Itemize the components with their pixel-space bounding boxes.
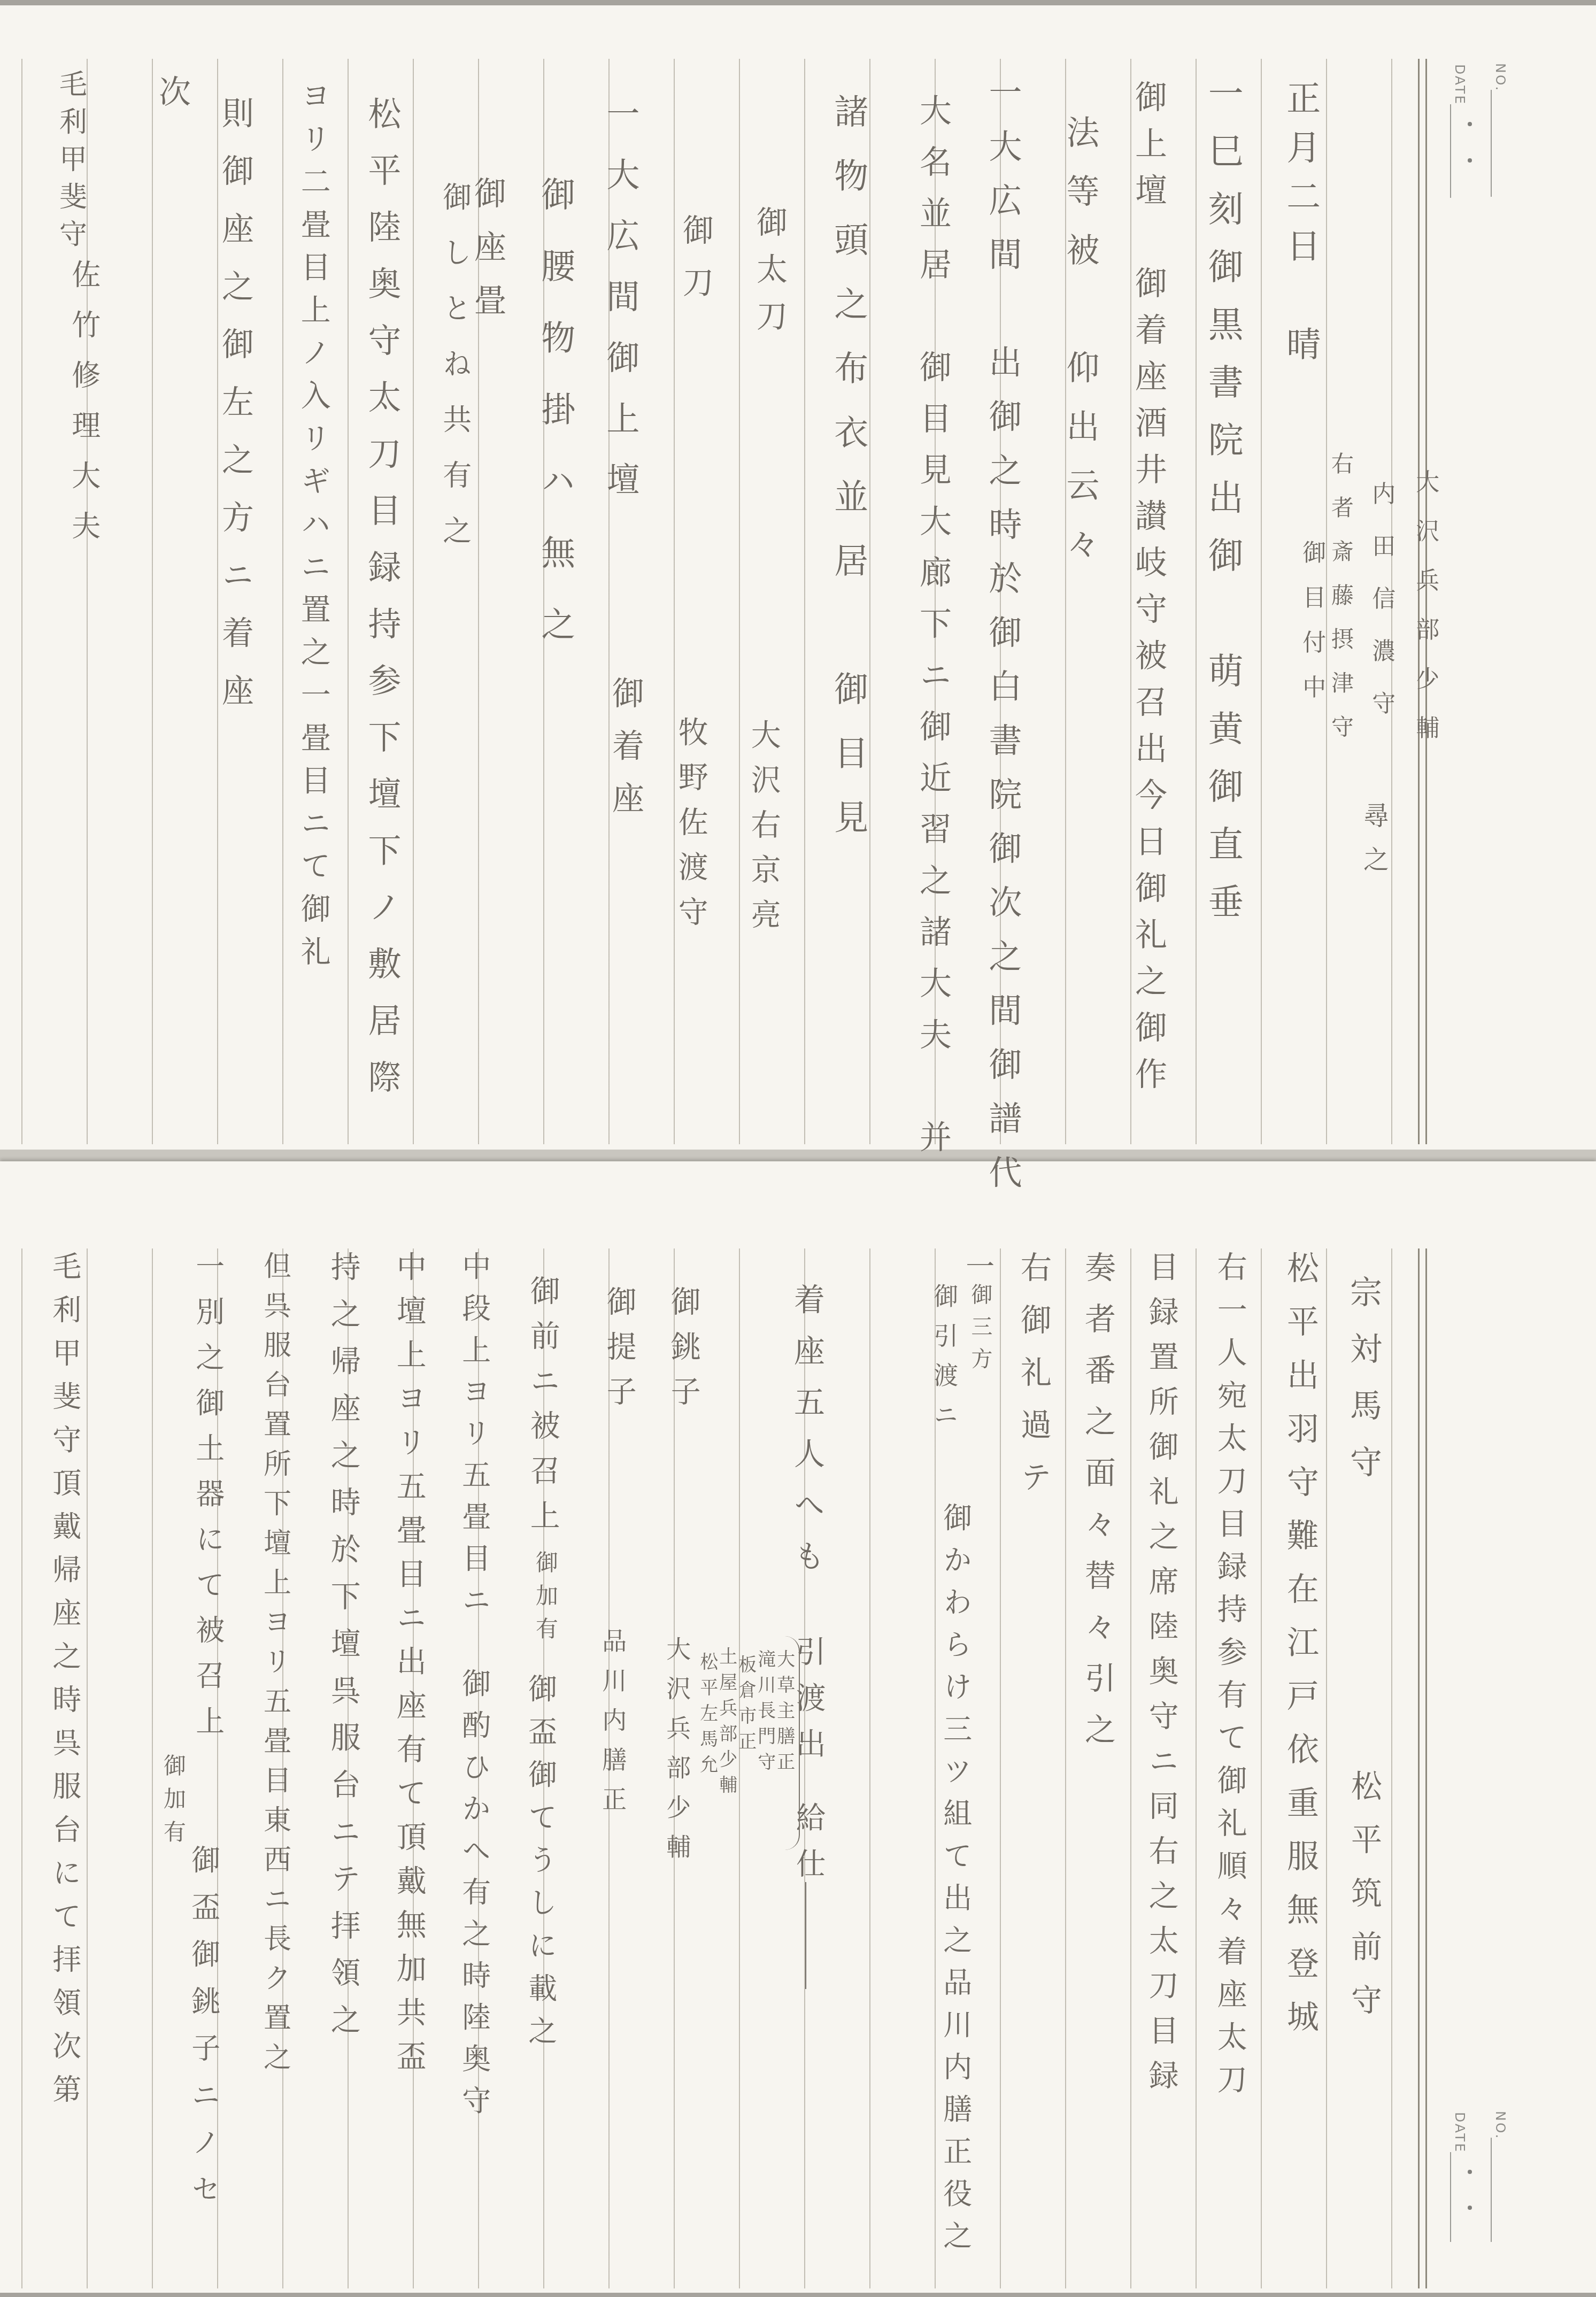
text-column: 佐竹修理大夫 — [68, 259, 99, 561]
text-column: 松平筑前守 — [1347, 1770, 1380, 2037]
text-column: 御盃御銚子ニノセ — [188, 1845, 219, 2221]
text-column: 目録置所御礼之席陸奥守ニ同右之太刀目録 — [1145, 1251, 1177, 2105]
text-column: 御加有 — [161, 1754, 185, 1853]
page-seam — [0, 1150, 1596, 1161]
text-column: ヨリ二畳目上ノ入リギハニ置之一畳目ニて御礼 — [297, 80, 329, 978]
text-column: 品川内膳正 — [600, 1628, 626, 1826]
text-column: 正月二日 晴 — [1282, 80, 1318, 375]
text-column: 大沢右京亮 — [747, 719, 779, 944]
text-column: 一別之御土器にて被召上 — [192, 1251, 223, 1751]
text-column: 松平出羽守難在江戸依重服無登城 — [1283, 1251, 1317, 2053]
scan-bottom-edge — [0, 2293, 1596, 2297]
text-column: 奏者番之面々替々引之 — [1081, 1251, 1114, 1764]
text-column: 御刀 — [679, 214, 712, 319]
date-separator-dot — [1468, 158, 1472, 163]
date-fill-line-page2 — [1450, 2152, 1451, 2242]
text-column: 大沢兵部少輔 — [1413, 469, 1437, 765]
text-column: 毛利甲斐守頂戴帰座之時呉服台にて拝領次第 — [49, 1251, 80, 2117]
serving-connector-line — [805, 1882, 806, 1989]
text-column: 一大広間 出御之時於御白書院御次之間御譜代 — [985, 75, 1020, 1209]
text-column: 内田信濃守 — [1369, 481, 1393, 743]
text-column: 御かわらけ三ツ組て出之品川内膳正役之 — [940, 1502, 970, 2263]
text-column: 滝川長門守 — [755, 1649, 774, 1778]
text-column: 御しとね共有之 — [440, 182, 470, 571]
scanned-notebook-document: NO. DATE NO. DATE 正月二日 晴大沢兵部少輔内田信濃守右者斎藤摂… — [0, 0, 1596, 2297]
no-label-page2: NO. — [1493, 2111, 1508, 2140]
text-column: 一大広間御上壇 — [603, 96, 638, 523]
date-separator-dot — [1468, 2206, 1472, 2210]
text-column: 一巳刻御黒書院出御 萌黄御直垂 — [1204, 75, 1241, 941]
text-column: 大名並居 御目見大廊下ニ御近習之諸大夫 并 — [916, 94, 950, 1171]
no-fill-line-page1 — [1491, 90, 1492, 197]
text-column: 次 — [155, 75, 189, 107]
text-column: 宗対馬守 — [1346, 1275, 1380, 1502]
margin-rule-inner-page2 — [1425, 1248, 1427, 2288]
date-separator-dot — [1468, 2170, 1472, 2174]
text-column: 御座畳 — [471, 176, 504, 337]
text-column: 御着座 — [608, 676, 642, 834]
date-fill-line-page1 — [1450, 104, 1451, 198]
text-column: 御腰物掛ハ無之 — [537, 176, 573, 678]
text-column: 御銚子 — [667, 1286, 699, 1421]
scan-top-edge — [0, 0, 1596, 5]
text-column: 御前ニ被召上 — [527, 1275, 558, 1545]
text-column: 諸物頭之布衣並居 御目見 — [830, 94, 866, 864]
text-column: 松平陸奥守太刀目録持参下壇下ノ敷居際 — [365, 96, 399, 1116]
margin-rule-outer-page2 — [1418, 1248, 1420, 2288]
text-column: 但呉服台置所下壇上ヨリ五畳目東西ニ長ク置之 — [260, 1251, 289, 2082]
text-column: 御提子 — [603, 1286, 635, 1421]
no-fill-line-page2 — [1491, 2138, 1492, 2242]
text-column: 御盃御てうしに載之 — [525, 1674, 556, 2059]
text-column: 中壇上ヨリ五畳目ニ出座有て頂戴無加共盃 — [393, 1251, 425, 2084]
text-column: 大沢兵部少輔 — [664, 1636, 690, 1874]
text-column: 中段上ヨリ五畳目ニ 御酌ひかへ有之時陸奥守 — [459, 1251, 489, 2127]
text-column: 着座五人へも — [790, 1283, 823, 1591]
text-column: 法等被 仰出云々 — [1063, 115, 1098, 585]
text-column: 右御礼過テ — [1017, 1251, 1050, 1513]
date-separator-dot — [1468, 122, 1472, 126]
text-column: 御三方 — [969, 1283, 991, 1379]
text-column: 御目付中 — [1299, 540, 1324, 720]
text-column: 尋之 — [1360, 802, 1387, 890]
text-column: 板倉市正 — [736, 1655, 755, 1758]
text-column: 右一人宛太刀目録持参有て御礼順々着座太刀 — [1214, 1251, 1245, 2107]
text-column: 御引渡ニ — [931, 1283, 957, 1442]
text-column: 土屋兵部少輔 — [716, 1647, 736, 1801]
text-column: 毛利甲斐守 — [56, 70, 85, 257]
text-column: 御加有 — [534, 1551, 557, 1650]
text-column: 牧野佐渡守 — [675, 716, 706, 941]
text-column: 持之帰座之時於下壇呉服台ニテ拝領之 — [327, 1251, 359, 2051]
text-column: 右者斎藤摂津守 — [1329, 452, 1353, 759]
text-column: 一 — [962, 1251, 993, 1280]
text-column: 御太刀 — [753, 206, 785, 347]
server-names-brace — [785, 1636, 800, 1850]
text-column: 御上壇 御着座酒井讃岐守被召出今日御礼之御作 — [1131, 80, 1165, 1104]
no-label-page1: NO. — [1493, 63, 1508, 92]
text-column: 則御座之御左之方ニ着座 — [218, 96, 252, 731]
date-label-page2: DATE — [1452, 2112, 1468, 2153]
text-column: 松平左馬允 — [697, 1652, 716, 1780]
date-label-page1: DATE — [1452, 64, 1468, 105]
